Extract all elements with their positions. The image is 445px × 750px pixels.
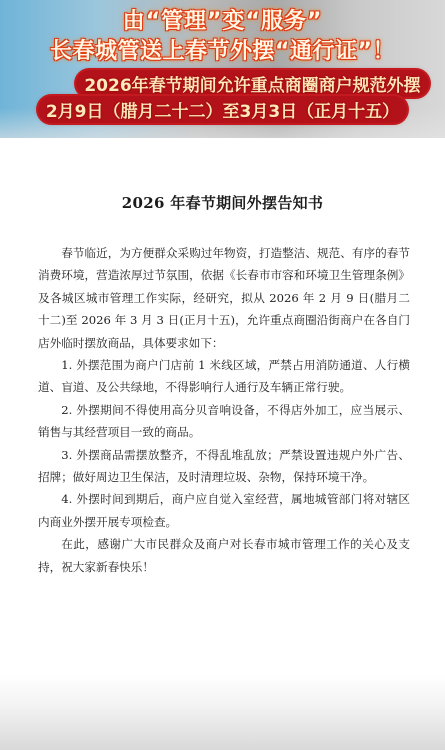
rule-4-paragraph: 4. 外摆时间到期后，商户应自觉入室经营，属地城管部门将对辖区内商业外摆开展专项… [38,488,410,533]
subtitle-caption-2: 2月9日（腊月二十二）至3月3日（正月十五） [0,96,445,123]
rule-3-paragraph: 3. 外摆商品需摆放整齐，不得乱堆乱放；严禁设置违规户外广告、招牌；做好周边卫生… [38,444,410,489]
headline-line-1: 由“管理”变“服务” [0,4,445,35]
document-title: 2026 年春节期间外摆告知书 [0,192,445,213]
video-title-banner: 由“管理”变“服务” 长春城管送上春节外摆“通行证”！ 2026年春节期间允许重… [0,0,445,138]
subtitle-caption-1: 2026年春节期间允许重点商圈商户规范外摆 [0,70,445,97]
bottom-fade [0,675,445,750]
rule-2-paragraph: 2. 外摆期间不得使用高分贝音响设备，不得店外加工，应当展示、销售与其经营项目一… [38,399,410,444]
headline-line-2: 长春城管送上春节外摆“通行证”！ [0,34,445,65]
subtitle-text-1: 2026年春节期间允许重点商圈商户规范外摆 [76,70,428,97]
subtitle-text-2: 2月9日（腊月二十二）至3月3日（正月十五） [38,96,407,123]
rule-1-paragraph: 1. 外摆范围为商户门店前 1 米线区域，严禁占用消防通道、人行横道、盲道、及公… [38,354,410,399]
notice-document: 2026 年春节期间外摆告知书 春节临近，为方便群众采购过年物资，打造整洁、规范… [0,138,445,750]
document-body: 春节临近，为方便群众采购过年物资，打造整洁、规范、有序的春节消费环境，营造浓厚过… [38,242,410,578]
intro-paragraph: 春节临近，为方便群众采购过年物资，打造整洁、规范、有序的春节消费环境，营造浓厚过… [38,242,410,354]
closing-paragraph: 在此，感谢广大市民群众及商户对长春市城市管理工作的关心及支持，祝大家新春快乐！ [38,533,410,578]
